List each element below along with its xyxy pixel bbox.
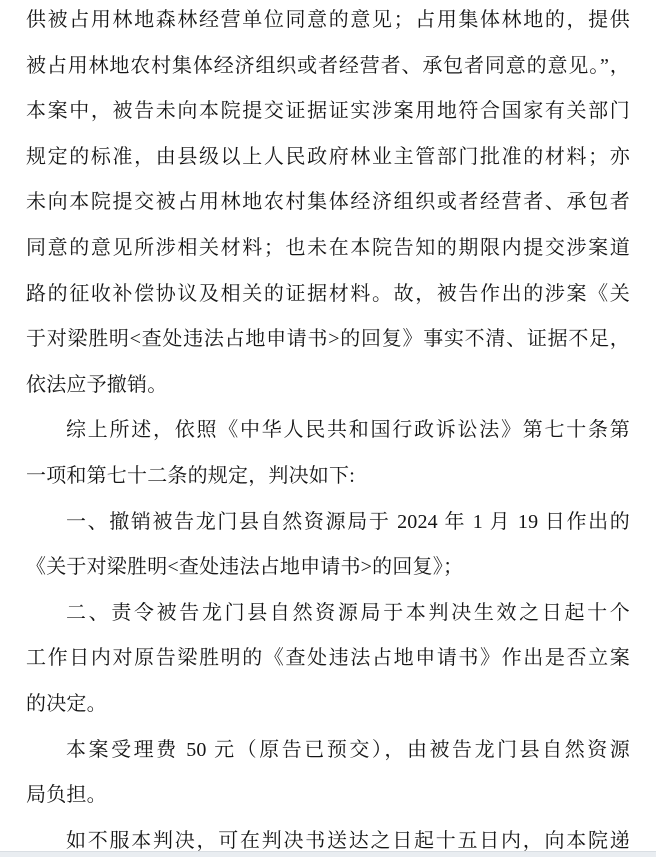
text-line: 被占用林地农村集体经济组织或者经营者、承包者同意的意见。”， [26, 44, 630, 90]
text-line: 本案受理费 50 元（原告已预交），由被告龙门县自然资源 [26, 728, 630, 774]
text-line: 一、撤销被告龙门县自然资源局于 2024 年 1 月 19 日作出的 [26, 500, 630, 546]
text-line: 一项和第七十二条的规定，判决如下: [26, 454, 630, 500]
text-line: 工作日内对原告梁胜明的《查处违法占地申请书》作出是否立案 [26, 636, 630, 682]
text-line: 路的征收补偿协议及相关的证据材料。故，被告作出的涉案《关 [26, 272, 630, 318]
text-line: 综上所述，依照《中华人民共和国行政诉讼法》第七十条第 [26, 408, 630, 454]
text-line: 未向本院提交被占用林地农村集体经济组织或者经营者、承包者 [26, 180, 630, 226]
text-line: 本案中，被告未向本院提交证据证实涉案用地符合国家有关部门 [26, 89, 630, 135]
document-text-block: 供被占用林地森林经营单位同意的意见；占用集体林地的，提供被占用林地农村集体经济组… [26, 0, 630, 857]
text-line: 局负担。 [26, 773, 630, 819]
judgment-document-page: 供被占用林地森林经营单位同意的意见；占用集体林地的，提供被占用林地农村集体经济组… [0, 0, 656, 857]
text-line: 的决定。 [26, 682, 630, 728]
text-line: 同意的意见所涉相关材料；也未在本院告知的期限内提交涉案道 [26, 226, 630, 272]
text-line: 规定的标准，由县级以上人民政府林业主管部门批准的材料；亦 [26, 135, 630, 181]
page-bottom-bar [0, 851, 656, 857]
text-line: 于对梁胜明<查处违法占地申请书>的回复》事实不清、证据不足， [26, 317, 630, 363]
text-line: 供被占用林地森林经营单位同意的意见；占用集体林地的，提供 [26, 0, 630, 44]
text-line: 《关于对梁胜明<查处违法占地申请书>的回复》； [26, 545, 630, 591]
text-line: 依法应予撤销。 [26, 363, 630, 409]
text-line: 二、责令被告龙门县自然资源局于本判决生效之日起十个 [26, 591, 630, 637]
